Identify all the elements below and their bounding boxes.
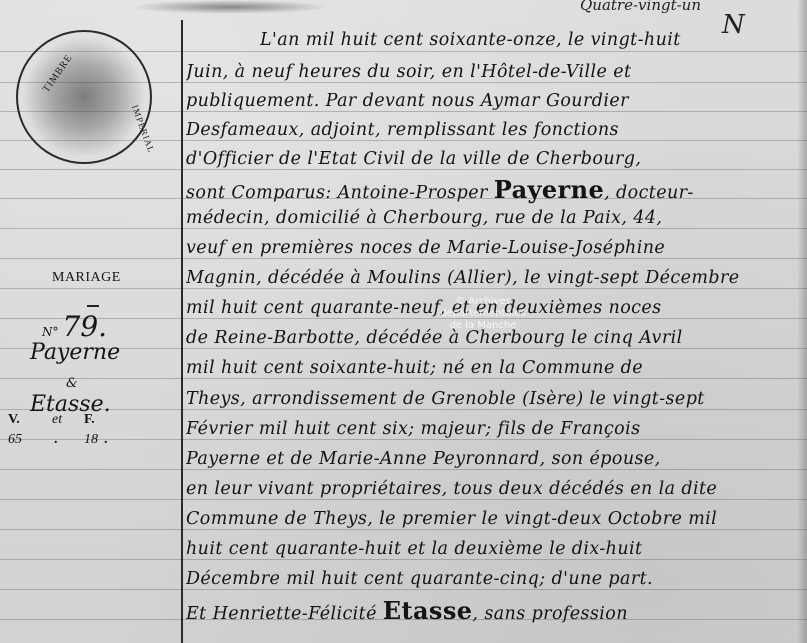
body-line: de Reine-Barbotte, décédée à Cherbourg l… bbox=[186, 328, 801, 348]
body-line: publiquement. Par devant nous Aymar Gour… bbox=[186, 91, 801, 111]
scan-shadow-top bbox=[130, 0, 330, 14]
margin-heading: MARIAGE bbox=[52, 270, 121, 286]
record-number: N°79. bbox=[42, 310, 107, 343]
ruled-line bbox=[0, 288, 807, 289]
margin-conjunction: & bbox=[66, 376, 78, 391]
body-line: huit cent quarante-huit et la deuxième l… bbox=[186, 539, 801, 559]
body-line: mil huit cent soixante-huit; né en la Co… bbox=[186, 358, 801, 378]
ruled-line bbox=[0, 589, 807, 590]
body-line: en leur vivant propriétaires, tous deux … bbox=[186, 479, 801, 499]
ruled-line bbox=[0, 409, 807, 410]
stats-label-v: V. bbox=[8, 412, 20, 428]
tax-stamp-seal: TIMBRE IMPERIAL bbox=[16, 30, 152, 164]
body-line: d'Officier de l'Etat Civil de la ville d… bbox=[186, 149, 801, 169]
groom-surname: Payerne bbox=[494, 175, 604, 204]
body-line: Payerne et de Marie-Anne Peyronnard, son… bbox=[186, 449, 801, 469]
ruled-line bbox=[0, 258, 807, 259]
body-line: Desfameaux, adjoint, remplissant les fon… bbox=[186, 120, 801, 140]
stats-value-f: 18 bbox=[84, 432, 98, 448]
ruled-line bbox=[0, 378, 807, 379]
body-line: Juin, à neuf heures du soir, en l'Hôtel-… bbox=[186, 62, 801, 82]
body-line: Commune de Theys, le premier le vingt-de… bbox=[186, 509, 801, 529]
bride-profession: , sans profession bbox=[472, 604, 627, 624]
ruled-line bbox=[0, 499, 807, 500]
bride-intro: Et Henriette-Félicité bbox=[186, 604, 383, 624]
ruled-line bbox=[0, 169, 807, 170]
body-line: Février mil huit cent six; majeur; fils … bbox=[186, 419, 801, 439]
record-number-prefix: N° bbox=[42, 325, 59, 339]
ruled-line bbox=[0, 469, 807, 470]
margin-divider bbox=[181, 20, 183, 643]
header-note: Quatre-vingt-un bbox=[580, 0, 701, 14]
stats-label-et: et bbox=[52, 412, 62, 428]
document-page: Quatre-vingt-un N TIMBRE IMPERIAL MARIAG… bbox=[0, 0, 807, 643]
body-line: veuf en premières noces de Marie-Louise-… bbox=[186, 238, 801, 258]
stats-label-f: F. bbox=[84, 412, 95, 428]
bride-surname: Etasse bbox=[383, 596, 473, 625]
ruled-line bbox=[0, 559, 807, 560]
ruled-line bbox=[0, 529, 807, 530]
margin-bride-surname: Etasse. bbox=[30, 392, 111, 417]
stats-sep: . bbox=[54, 432, 58, 448]
ruled-line bbox=[0, 228, 807, 229]
stats-end: . bbox=[104, 432, 108, 448]
body-line: médecin, domicilié à Cherbourg, rue de l… bbox=[186, 208, 801, 228]
ruled-line bbox=[0, 439, 807, 440]
body-line: Theys, arrondissement de Grenoble (Isère… bbox=[186, 389, 801, 409]
body-line-bride: Et Henriette-Félicité Etasse, sans profe… bbox=[186, 596, 801, 625]
body-line: Magnin, décédée à Moulins (Allier), le v… bbox=[186, 268, 801, 288]
groom-intro: sont Comparus: Antoine-Prosper bbox=[186, 183, 494, 203]
record-number-value: 79. bbox=[63, 310, 108, 343]
stamp-text-top: TIMBRE bbox=[41, 52, 75, 94]
ruled-line bbox=[0, 348, 807, 349]
ruled-line bbox=[0, 318, 807, 319]
margin-dash bbox=[87, 305, 99, 307]
groom-profession: , docteur- bbox=[604, 183, 694, 203]
body-line-groom: sont Comparus: Antoine-Prosper Payerne, … bbox=[186, 175, 801, 204]
body-line: Décembre mil huit cent quarante-cinq; d'… bbox=[186, 569, 801, 589]
margin-groom-surname: Payerne bbox=[30, 340, 120, 365]
stats-value-v: 65 bbox=[8, 432, 22, 448]
body-line: L'an mil huit cent soixante-onze, le vin… bbox=[260, 30, 800, 50]
body-line: mil huit cent quarante-neuf, et en deuxi… bbox=[186, 298, 801, 318]
